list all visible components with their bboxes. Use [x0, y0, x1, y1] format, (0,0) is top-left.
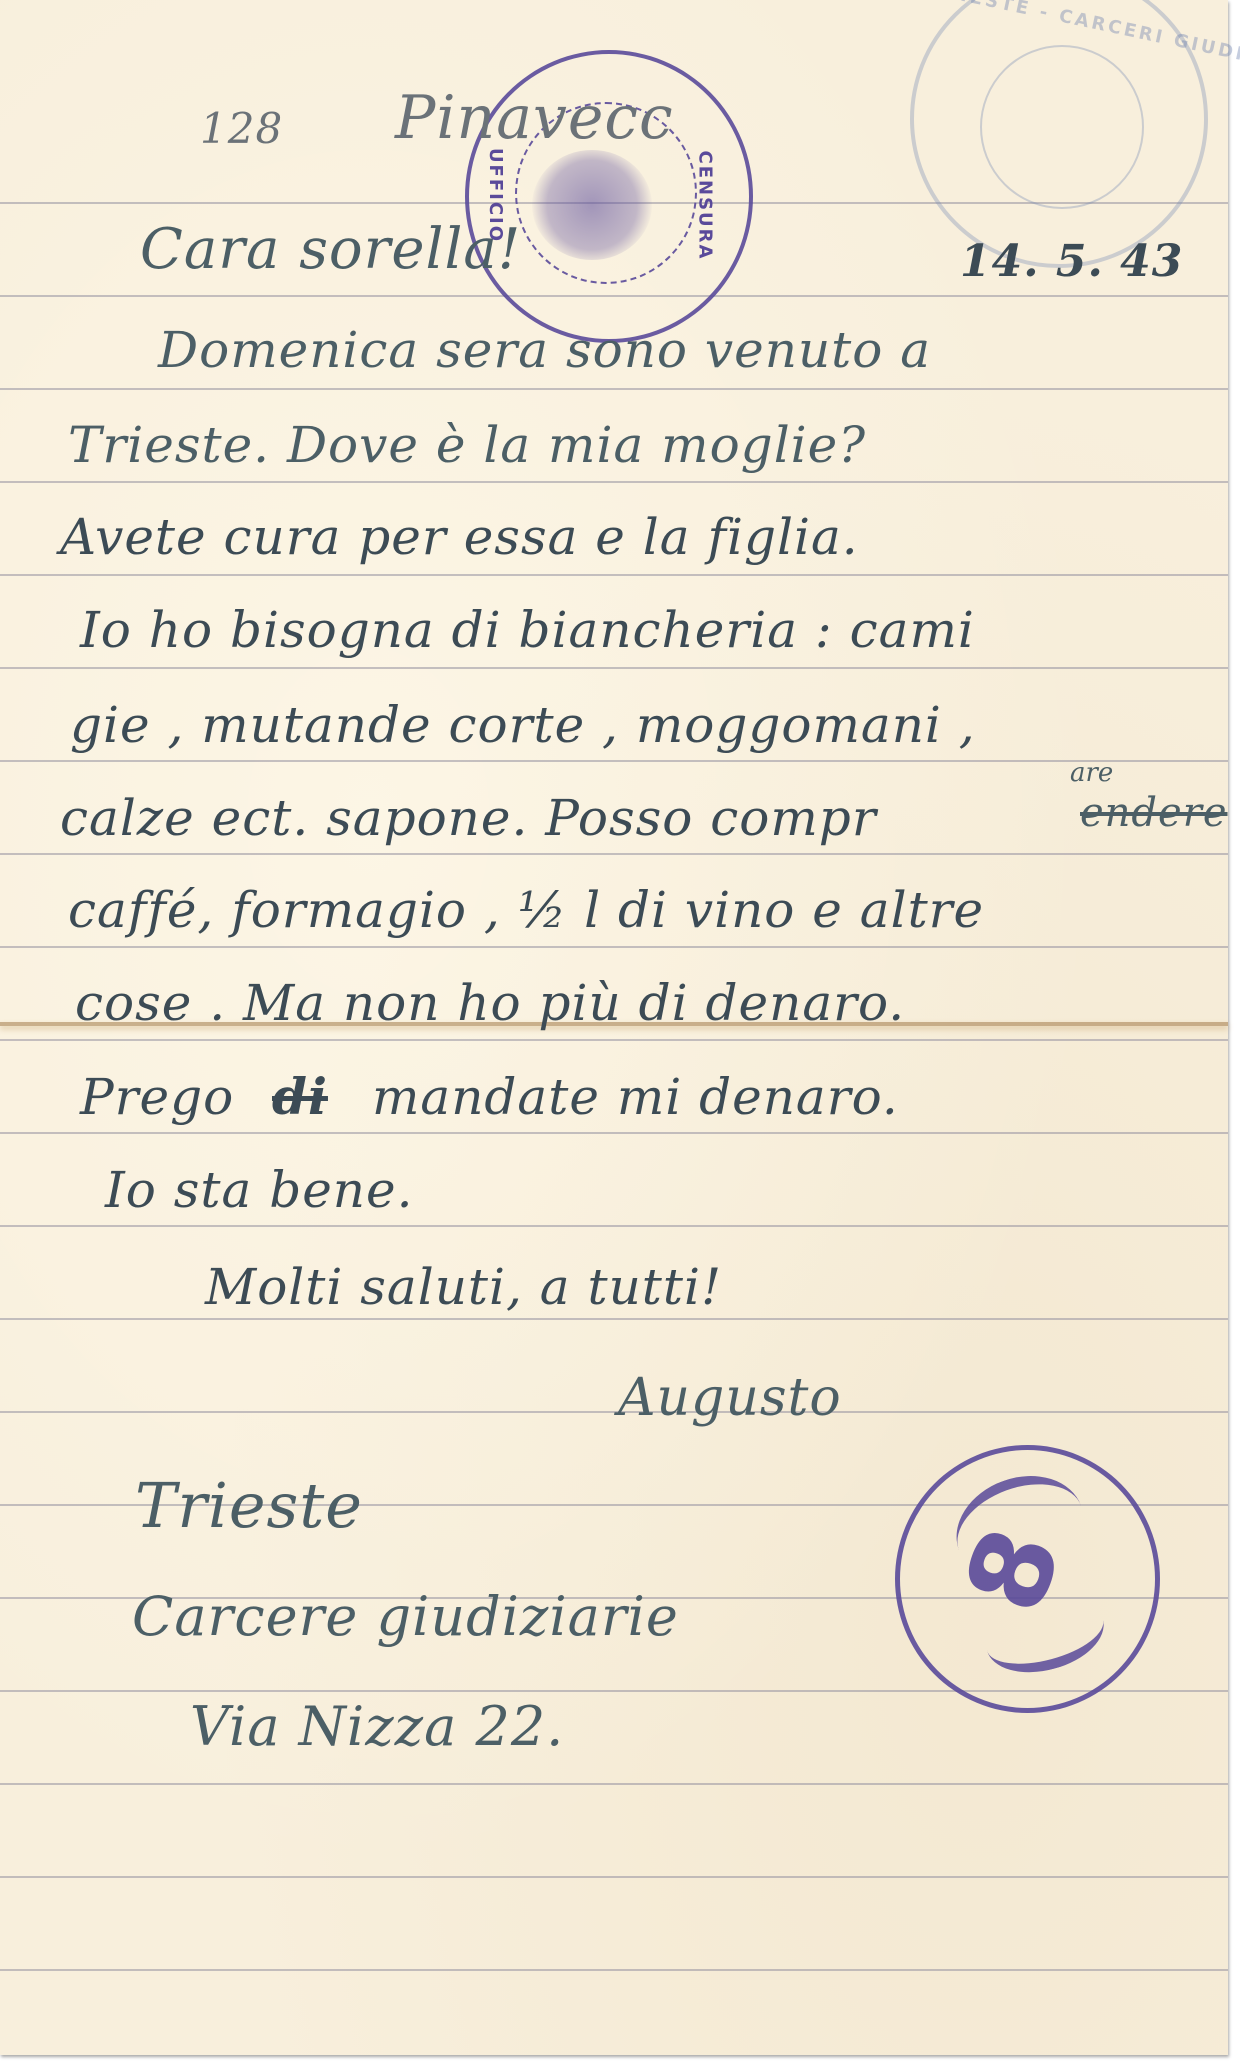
ruled-line — [0, 760, 1228, 762]
body-line-9-rest: mandate mi denaro. — [372, 1072, 899, 1122]
address-street: Via Nizza 22. — [190, 1700, 564, 1754]
censor-stamp-emblem-icon — [532, 150, 652, 260]
ruled-line — [0, 853, 1228, 855]
body-line-9-start: Prego — [80, 1072, 234, 1122]
closing: Molti saluti, a tutti! — [205, 1262, 722, 1312]
ruled-line — [0, 1225, 1228, 1227]
inserted-correction: are — [1070, 758, 1113, 788]
censor-stamp-right-text: CENSURA — [694, 151, 715, 261]
body-line-6: calze ect. sapone. Posso compr — [60, 793, 877, 843]
body-line-8: cose . Ma non ho più di denaro. — [75, 978, 905, 1028]
letter-paper: TRIESTE - CARCERI GIUDIZIARIE UFFICIO CE… — [0, 0, 1228, 2055]
faint-stamp-inner-ring — [980, 45, 1144, 209]
ruled-line — [0, 1411, 1228, 1413]
ruled-line — [0, 1876, 1228, 1878]
body-line-5: gie , mutande corte , moggomani , — [70, 700, 976, 750]
ruled-line — [0, 1969, 1228, 1971]
ruled-line — [0, 574, 1228, 576]
pencil-note: Pinavecc — [395, 88, 674, 148]
body-line-1: Domenica sera sono venuto a — [158, 325, 931, 375]
ruled-line — [0, 1132, 1228, 1134]
ruled-line — [0, 946, 1228, 948]
body-line-9-struck: di — [272, 1072, 328, 1122]
salutation: Cara sorella! — [140, 222, 521, 278]
body-line-3: Avete cura per essa e la figlia. — [60, 512, 859, 562]
body-line-10: Io sta bene. — [105, 1165, 413, 1215]
ruled-line — [0, 667, 1228, 669]
letter-date: 14. 5. 43 — [960, 240, 1183, 284]
ruled-line — [0, 1318, 1228, 1320]
ruled-line — [0, 388, 1228, 390]
struck-word-ending: endere — [1080, 793, 1228, 833]
reference-number: 128 — [200, 108, 283, 150]
body-line-7: caffé, formagio , ½ l di vino e altre — [68, 885, 984, 935]
body-line-2: Trieste. Dove è la mia moglie? — [68, 420, 866, 470]
address-city: Trieste — [135, 1475, 363, 1537]
ruled-line — [0, 1039, 1228, 1041]
ruled-line — [0, 481, 1228, 483]
signature: Augusto — [618, 1372, 842, 1424]
address-institution: Carcere giudiziarie — [132, 1590, 679, 1644]
body-line-4: Io ho bisogna di biancheria : cami — [80, 605, 975, 655]
ruled-line — [0, 1783, 1228, 1785]
